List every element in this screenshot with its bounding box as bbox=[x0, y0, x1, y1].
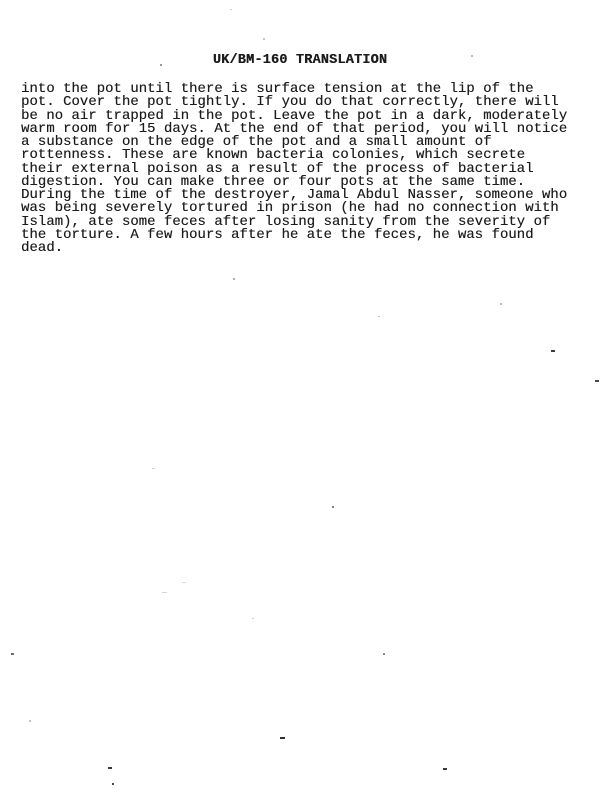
scan-speck bbox=[443, 768, 447, 770]
scan-speck bbox=[230, 9, 232, 10]
scan-speck bbox=[29, 720, 31, 722]
scan-speck bbox=[252, 618, 254, 619]
scan-speck bbox=[595, 380, 599, 382]
scan-speck bbox=[233, 278, 235, 280]
document-body-text: into the pot until there is surface tens… bbox=[21, 83, 581, 255]
scan-speck bbox=[263, 38, 265, 40]
scan-speck bbox=[162, 592, 167, 593]
scanned-document-page: UK/BM-160 TRANSLATION into the pot until… bbox=[0, 0, 600, 800]
scan-speck bbox=[152, 468, 155, 469]
scan-speck bbox=[112, 783, 114, 785]
scan-speck bbox=[182, 582, 186, 583]
scan-speck bbox=[500, 303, 502, 305]
scan-speck bbox=[551, 350, 555, 352]
scan-speck bbox=[11, 653, 14, 655]
scan-speck bbox=[332, 506, 334, 508]
scan-speck bbox=[280, 737, 285, 739]
document-title: UK/BM-160 TRANSLATION bbox=[0, 53, 600, 68]
scan-speck bbox=[383, 653, 385, 655]
scan-speck bbox=[108, 767, 112, 769]
scan-speck bbox=[378, 316, 380, 317]
